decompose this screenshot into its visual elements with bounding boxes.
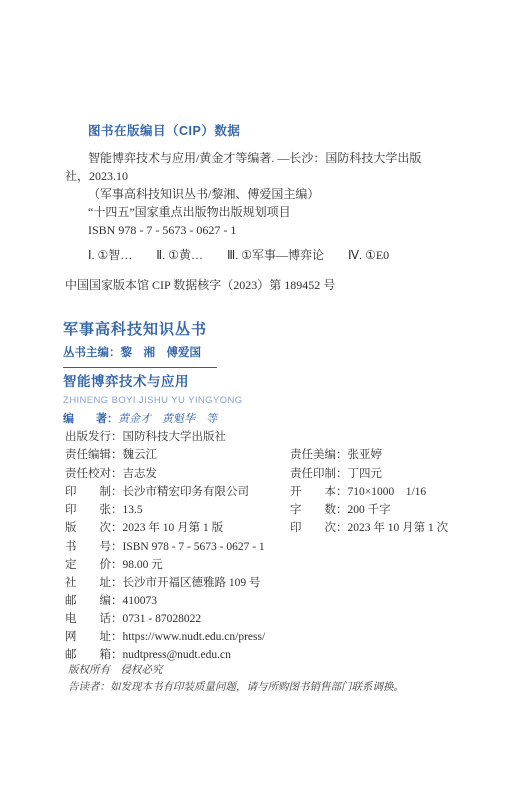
- series-title-section: 军事高科技知识丛书 丛书主编：黎 湘 傅爱国 智能博弈技术与应用 ZHINENG…: [63, 320, 243, 427]
- pub-label: 版 次：: [65, 522, 123, 534]
- pub-value: 丁四元: [348, 468, 383, 480]
- publication-row: 责任编辑：魏云江 责任美编：张亚婷: [65, 446, 470, 464]
- cip-description-line2: 社，2023.10: [65, 167, 465, 185]
- contact-email: nudtpress@nudt.edu.cn: [123, 649, 231, 661]
- pub-label: 定 价：: [65, 559, 123, 571]
- contact-row-postcode: 邮 编：410073: [65, 592, 470, 610]
- cip-classification: Ⅰ. ①智… Ⅱ. ①黄… Ⅲ. ①军事—博弈论 Ⅳ. ①E0: [65, 246, 465, 264]
- contact-value: 0731 - 87028022: [123, 613, 202, 625]
- pub-label: 书 号：: [65, 541, 123, 553]
- cip-project-note: “十四五”国家重点出版物出版规划项目: [65, 203, 465, 221]
- book-title-pinyin: ZHINENG BOYI JISHU YU YINGYONG: [63, 394, 243, 407]
- contact-label: 邮 编：: [65, 595, 123, 607]
- publication-row: 印 制：长沙市精宏印务有限公司 开 本：710×1000 1/16: [65, 483, 470, 501]
- pub-value: ISBN 978 - 7 - 5673 - 0627 - 1: [123, 541, 265, 553]
- cip-isbn: ISBN 978 - 7 - 5673 - 0627 - 1: [65, 221, 465, 239]
- publication-row: 出版发行：国防科技大学出版社: [65, 428, 470, 446]
- book-copyright-page: 图书在版编目（CIP）数据 智能博弈技术与应用/黄金才等编著. —长沙：国防科技…: [0, 0, 510, 800]
- publisher-contact-section: 社 址：长沙市开福区德雅路 109 号 邮 编：410073 电 话：0731 …: [65, 574, 470, 664]
- authors-names: 黄金才 黄魁华 等: [118, 413, 217, 425]
- pub-value: 13.5: [123, 504, 143, 516]
- copyright-notice-section: 版权所有 侵权必究 告读者：如发现本书有印装质量问题，请与所购图书销售部门联系调…: [68, 662, 470, 696]
- book-title: 智能博弈技术与应用: [63, 373, 243, 391]
- publication-row: 版 次：2023 年 10 月第 1 版 印 次：2023 年 10 月第 1 …: [65, 519, 470, 537]
- pub-value: 长沙市精宏印务有限公司: [123, 486, 250, 498]
- pub-label: 开 本：: [290, 486, 348, 498]
- cip-header: 图书在版编目（CIP）数据: [88, 122, 465, 140]
- cip-record-number: 中国国家版本馆 CIP 数据核字（2023）第 189452 号: [65, 276, 465, 294]
- pub-value: 2023 年 10 月第 1 版: [123, 522, 224, 534]
- pub-label: 责任美编：: [290, 449, 348, 461]
- contact-row-website: 网 址：https://www.nudt.edu.cn/press/: [65, 628, 470, 646]
- pub-label: 印 制：: [65, 486, 123, 498]
- cip-description-line1: 智能博弈技术与应用/黄金才等编著. —长沙：国防科技大学出版: [65, 149, 465, 167]
- pub-value: 2023 年 10 月第 1 次: [348, 522, 449, 534]
- pub-label: 印 张：: [65, 504, 123, 516]
- cip-section: 图书在版编目（CIP）数据 智能博弈技术与应用/黄金才等编著. —长沙：国防科技…: [65, 122, 465, 294]
- pub-value: 98.00 元: [123, 559, 163, 571]
- publication-row: 印 张：13.5 字 数：200 千字: [65, 501, 470, 519]
- divider-rule: [63, 367, 217, 368]
- contact-url: https://www.nudt.edu.cn/press/: [123, 631, 266, 643]
- contact-row-address: 社 址：长沙市开福区德雅路 109 号: [65, 574, 470, 592]
- publication-row: 书 号：ISBN 978 - 7 - 5673 - 0627 - 1: [65, 538, 470, 556]
- pub-value: 魏云江: [123, 449, 158, 461]
- pub-label: 印 次：: [290, 522, 348, 534]
- pub-value: 200 千字: [348, 504, 391, 516]
- pub-label: 责任校对：: [65, 468, 123, 480]
- cip-series-note: （军事高科技知识丛书/黎湘、傅爱国主编）: [65, 185, 465, 203]
- contact-label: 网 址：: [65, 631, 123, 643]
- contact-value: 长沙市开福区德雅路 109 号: [123, 577, 261, 589]
- copyright-statement: 版权所有 侵权必究: [68, 662, 470, 679]
- publication-row: 定 价：98.00 元: [65, 556, 470, 574]
- contact-label: 社 址：: [65, 577, 123, 589]
- contact-label: 电 话：: [65, 613, 123, 625]
- pub-label: 责任印制：: [290, 468, 348, 480]
- series-chief-editors: 丛书主编：黎 湘 傅爱国: [63, 345, 243, 361]
- pub-label: 出版发行：: [65, 431, 123, 443]
- contact-row-phone: 电 话：0731 - 87028022: [65, 610, 470, 628]
- readers-notice: 告读者：如发现本书有印装质量问题，请与所购图书销售部门联系调换。: [68, 679, 470, 696]
- contact-label: 邮 箱：: [65, 649, 123, 661]
- pub-label: 责任编辑：: [65, 449, 123, 461]
- book-authors-line: 编 著：黄金才 黄魁华 等: [63, 411, 243, 427]
- pub-value: 张亚婷: [348, 449, 383, 461]
- series-name: 军事高科技知识丛书: [63, 320, 243, 340]
- contact-value: 410073: [123, 595, 158, 607]
- pub-value: 吉志发: [123, 468, 158, 480]
- publication-details-section: 出版发行：国防科技大学出版社 责任编辑：魏云江 责任美编：张亚婷 责任校对：吉志…: [65, 428, 470, 574]
- pub-label: 字 数：: [290, 504, 348, 516]
- publication-row: 责任校对：吉志发 责任印制：丁四元: [65, 465, 470, 483]
- authors-label: 编 著：: [63, 413, 118, 425]
- pub-value: 710×1000 1/16: [348, 486, 427, 498]
- pub-value: 国防科技大学出版社: [123, 431, 227, 443]
